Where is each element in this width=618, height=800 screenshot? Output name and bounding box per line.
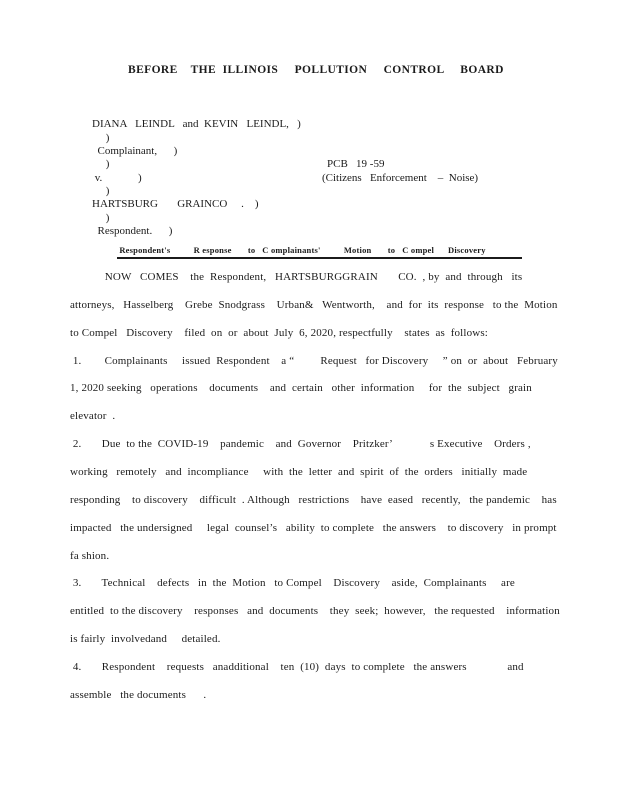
body-line: 1, 2020 seeking operations documents and… — [70, 375, 560, 403]
body-line: elevator . — [70, 403, 560, 431]
document-body: NOW COMES the Respondent, HARTSBURGGRAIN… — [70, 264, 560, 710]
docket-number: PCB 19 -59 — [327, 158, 384, 171]
caption-left-text: Respondent. ) — [92, 225, 172, 237]
body-line: assemble the documents . — [70, 682, 560, 710]
caption-line-complainant: Complainant, ) — [70, 132, 560, 145]
body-line: entitled to the discovery responses and … — [70, 598, 560, 626]
body-line-item-1: 1. Complainants issued Respondent a “ Re… — [70, 348, 560, 376]
document-page: BEFORE THE ILLINOIS POLLUTION CONTROL BO… — [0, 0, 618, 800]
body-line: responding to discovery difficult . Alth… — [70, 487, 560, 515]
body-line: is fairly involvedand detailed. — [70, 626, 560, 654]
body-line: fa shion. — [70, 543, 560, 571]
caption-line-respondent: Respondent. ) — [70, 212, 560, 225]
body-line: working remotely and incompliance with t… — [70, 459, 560, 487]
body-line: NOW COMES the Respondent, HARTSBURGGRAIN… — [70, 264, 560, 292]
caption-line-parties: DIANA LEINDL and KEVIN LEINDL, ) — [70, 105, 560, 118]
case-type-label: (Citizens Enforcement – Noise) — [322, 172, 478, 185]
body-line-item-3: 3. Technical defects in the Motion to Co… — [70, 570, 560, 598]
case-caption: DIANA LEINDL and KEVIN LEINDL, ) ) Compl… — [70, 105, 560, 225]
document-content: BEFORE THE ILLINOIS POLLUTION CONTROL BO… — [70, 0, 560, 710]
body-line: impacted the undersigned legal counsel’s… — [70, 515, 560, 543]
caption-line-casetype: ) (Citizens Enforcement – Noise) — [70, 172, 560, 185]
body-line-item-2: 2. Due to the COVID-19 pandemic and Gove… — [70, 431, 560, 459]
caption-line-respondent-name: HARTSBURG GRAINCO . ) — [70, 185, 560, 198]
caption-line: ) — [70, 118, 560, 131]
caption-line: ) — [70, 198, 560, 211]
body-line-item-4: 4. Respondent requests anadditional ten … — [70, 654, 560, 682]
body-line: attorneys, Hasselberg Grebe Snodgrass Ur… — [70, 292, 560, 320]
court-title: BEFORE THE ILLINOIS POLLUTION CONTROL BO… — [128, 64, 560, 76]
caption-line: ) — [70, 145, 560, 158]
caption-line-versus: v. ) PCB 19 -59 — [70, 158, 560, 171]
document-heading: Respondent's R esponse to C omplainants'… — [117, 245, 522, 259]
body-line: to Compel Discovery filed on or about Ju… — [70, 320, 560, 348]
